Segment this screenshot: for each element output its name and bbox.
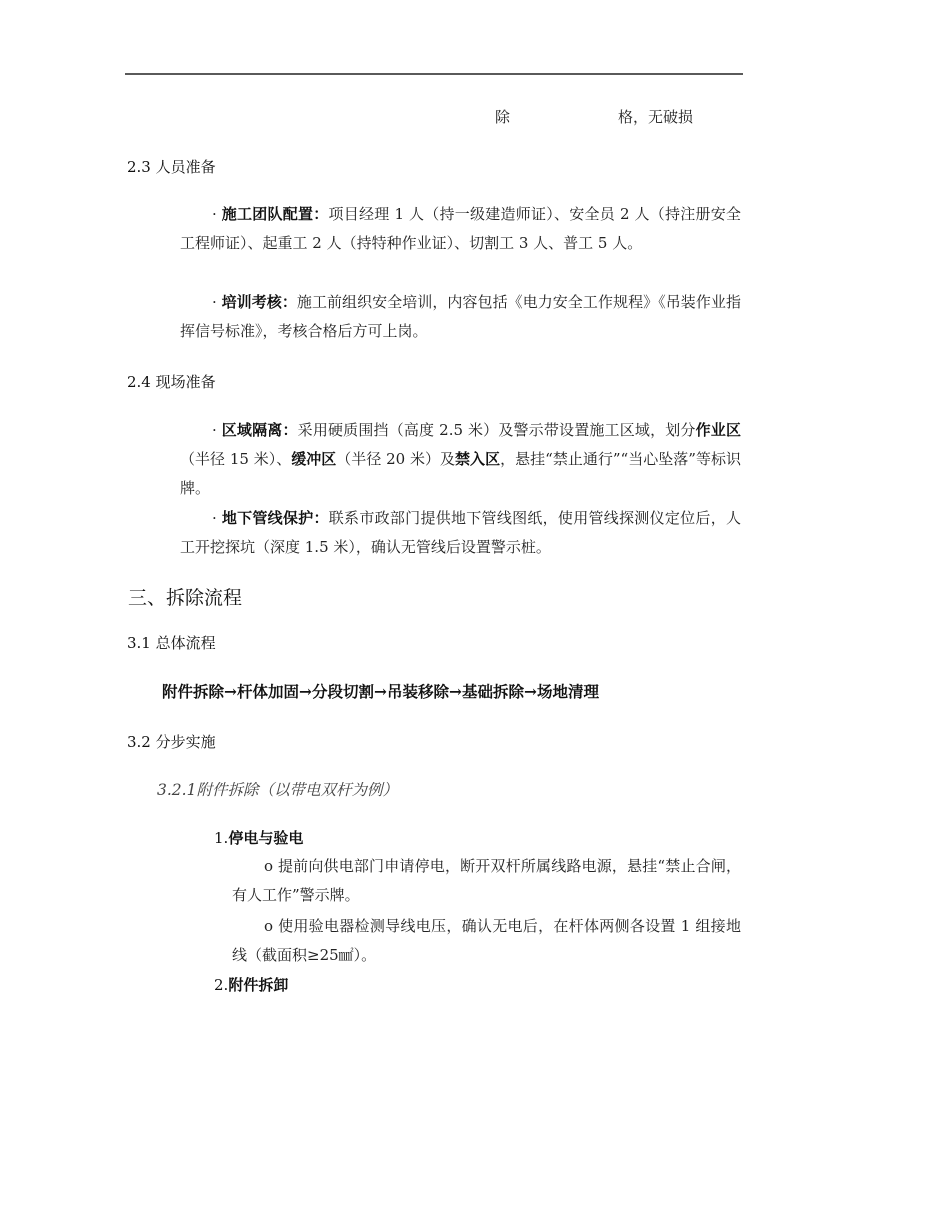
subsection-heading-3-2-1: 3.2.1附件拆除（以带电双杆为例） [157,778,398,800]
paragraph-pipeline-protection: · 地下管线保护：联系市政部门提供地下管线图纸，使用管线探测仪定位后，人工开挖探… [180,504,741,562]
step-label: 停电与验电 [228,829,303,847]
section-heading-2-3: 2.3 人员准备 [127,156,216,177]
step-label: 附件拆卸 [228,976,288,994]
zone-restricted-area: 禁入区 [455,450,500,468]
section-heading-3-1: 3.1 总体流程 [127,632,216,653]
zone-buffer-area: 缓冲区 [291,450,336,468]
zone-work-area: 作业区 [696,421,741,439]
section-heading-2-4: 2.4 现场准备 [127,371,216,392]
circle-bullet-icon: o [264,917,273,935]
bullet-dot: · [212,205,217,223]
label-pipeline-protection: 地下管线保护 [222,509,314,527]
step-1-title: 1.停电与验电 [214,827,303,848]
step-number: 2. [214,976,228,994]
label-area-isolation: 区域隔离 [222,421,283,439]
header-rule [125,73,743,75]
circle-bullet-icon: o [264,857,273,875]
step-number: 1. [214,829,228,847]
process-flow: 附件拆除→杆体加固→分段切割→吊装移除→基础拆除→场地清理 [162,680,599,702]
chapter-heading-3: 三、拆除流程 [128,583,242,610]
bullet-dot: · [212,421,217,439]
paragraph-team-config: · 施工团队配置：项目经理 1 人（持一级建造师证）、安全员 2 人（持注册安全… [180,200,741,258]
header-fragment-left: 除 [495,106,510,127]
step-1-bullet-2: o 使用验电器检测导线电压，确认无电后，在杆体两侧各设置 1 组接地线（截面积≥… [232,912,741,970]
paragraph-training: · 培训考核：施工前组织安全培训，内容包括《电力安全工作规程》《吊装作业指挥信号… [180,288,741,346]
paragraph-area-isolation: · 区域隔离：采用硬质围挡（高度 2.5 米）及警示带设置施工区域，划分作业区（… [180,416,741,503]
label-team-config: 施工团队配置 [222,205,313,223]
bullet-dot: · [212,293,217,311]
step-2-title: 2.附件拆卸 [214,974,288,995]
section-heading-3-2: 3.2 分步实施 [127,731,216,752]
label-training: 培训考核 [222,293,282,311]
header-fragment-right: 格，无破损 [618,106,693,127]
step-1-bullet-1: o 提前向供电部门申请停电，断开双杆所属线路电源，悬挂“禁止合闸，有人工作”警示… [232,852,741,910]
bullet-dot: · [212,509,217,527]
